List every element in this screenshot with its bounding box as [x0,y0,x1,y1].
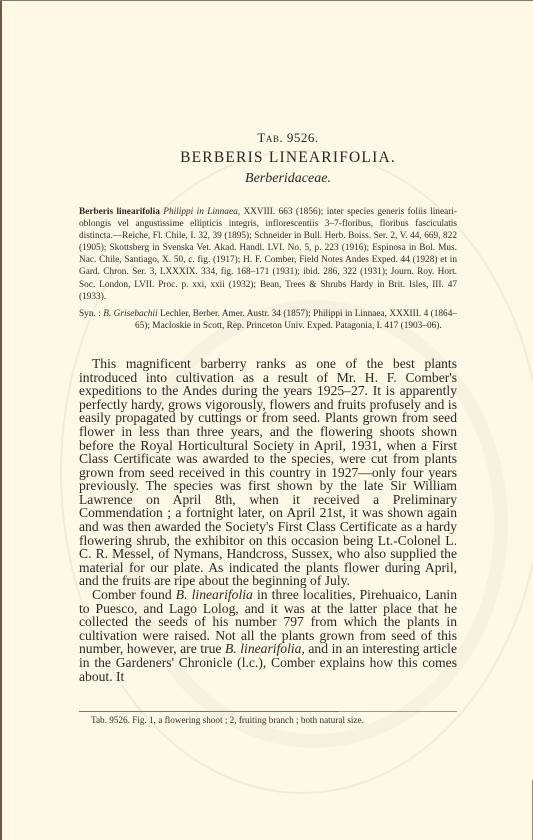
citation-author: Philippi in Linnaea, [163,207,240,217]
synonym-label: Syn. : [79,309,103,319]
body-text: This magnificent barberry ranks as one o… [79,357,457,683]
citation-text: XXVIII. 663 (1856); inter species generi… [79,207,457,302]
family-name: Berberidaceae. [79,171,457,187]
page-content: Tab. 9526. BERBERIS LINEARIFOLIA. Berber… [79,130,457,683]
paragraph: Comber found B. linearifolia in three lo… [79,588,457,683]
species-title: BERBERIS LINEARIFOLIA. [79,149,457,167]
plate-caption: Tab. 9526. Fig. 1, a flowering shoot ; 2… [91,715,364,725]
synonym-text: Lechler, Berber. Amer. Austr. 34 (1857);… [135,309,457,331]
page-edge-top [0,0,533,1]
citation-species-name: Berberis linearifolia [79,207,160,217]
footer-divider [79,711,339,712]
plate-number: Tab. 9526. [79,130,457,146]
paragraph: This magnificent barberry ranks as one o… [79,357,457,588]
citation-block: Berberis linearifolia Philippi in Linnae… [79,206,457,303]
synonym-block: Syn. : B. Grisebachii Lechler, Berber. A… [79,308,457,332]
synonym-name: B. Grisebachii [103,309,157,319]
footer-divider [339,711,457,712]
page-edge [0,0,2,840]
